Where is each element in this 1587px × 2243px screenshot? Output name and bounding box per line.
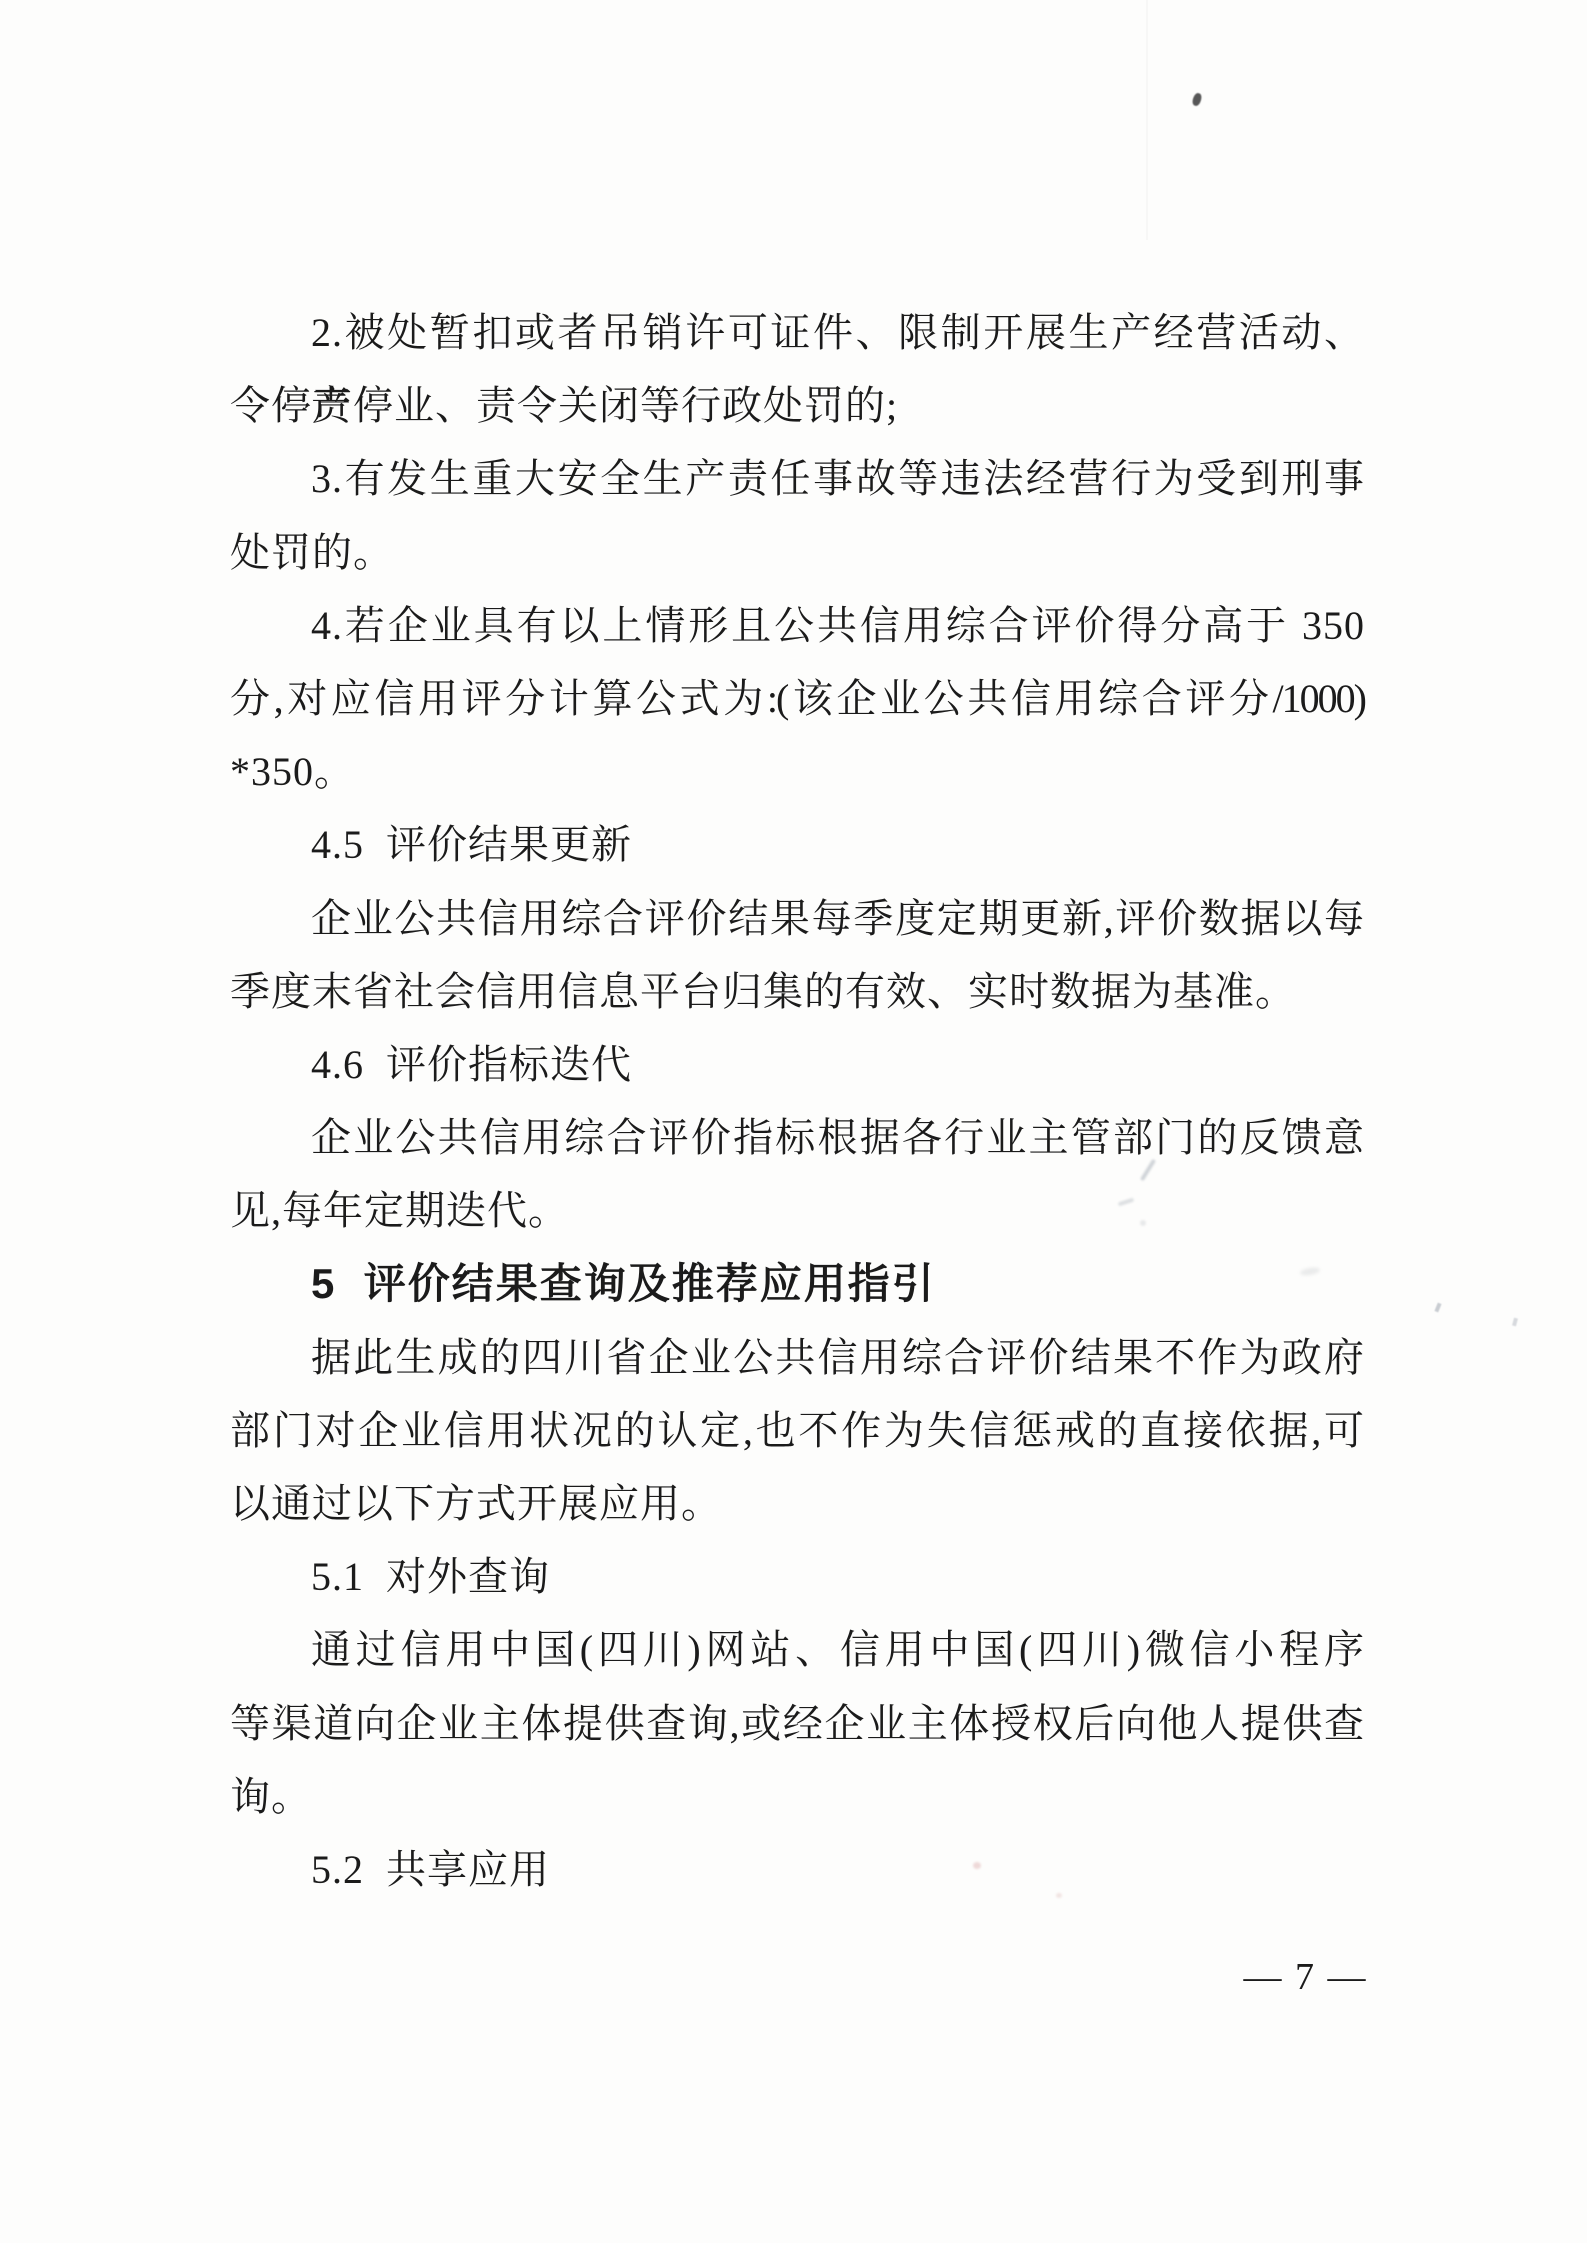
- heading-5: 5 评价结果查询及推荐应用指引: [230, 1247, 1365, 1320]
- body-line: 以通过以下方式开展应用。: [230, 1467, 1365, 1540]
- heading-5-2: 5.2 共享应用: [230, 1833, 1365, 1906]
- body-line: 3.有发生重大安全生产责任事故等违法经营行为受到刑事: [230, 442, 1365, 515]
- scan-speck: [1191, 92, 1203, 107]
- scan-fold-line: [1146, 0, 1148, 240]
- body-line: 等渠道向企业主体提供查询,或经企业主体授权后向他人提供查: [230, 1687, 1365, 1760]
- body-line: 企业公共信用综合评价结果每季度定期更新,评价数据以每: [230, 882, 1365, 955]
- body-line: 2.被处暂扣或者吊销许可证件、限制开展生产经营活动、责: [230, 296, 1365, 369]
- scan-speck: [1434, 1303, 1441, 1313]
- document-text-block: 2.被处暂扣或者吊销许可证件、限制开展生产经营活动、责 令停产停业、责令关闭等行…: [230, 296, 1365, 1906]
- body-line: 通过信用中国(四川)网站、信用中国(四川)微信小程序: [230, 1613, 1365, 1686]
- heading-4-5: 4.5 评价结果更新: [230, 808, 1365, 881]
- body-line: 部门对企业信用状况的认定,也不作为失信惩戒的直接依据,可: [230, 1394, 1365, 1467]
- page-number: — 7 —: [1233, 1950, 1378, 2004]
- body-line: 据此生成的四川省企业公共信用综合评价结果不作为政府: [230, 1321, 1365, 1394]
- body-line: 季度末省社会信用信息平台归集的有效、实时数据为基准。: [230, 955, 1365, 1028]
- body-line: 见,每年定期迭代。: [230, 1174, 1365, 1247]
- body-line: 4.若企业具有以上情形且公共信用综合评价得分高于 350: [230, 589, 1365, 662]
- body-line: 企业公共信用综合评价指标根据各行业主管部门的反馈意: [230, 1101, 1365, 1174]
- body-line: 分,对应信用评分计算公式为:(该企业公共信用综合评分/1000): [230, 662, 1365, 735]
- body-line: *350。: [230, 735, 1365, 808]
- body-line: 询。: [230, 1760, 1365, 1833]
- heading-4-6: 4.6 评价指标迭代: [230, 1028, 1365, 1101]
- scan-speck: [1512, 1318, 1518, 1327]
- scanned-document-page: 2.被处暂扣或者吊销许可证件、限制开展生产经营活动、责 令停产停业、责令关闭等行…: [0, 0, 1587, 2243]
- heading-5-1: 5.1 对外查询: [230, 1540, 1365, 1613]
- body-line: 令停产停业、责令关闭等行政处罚的;: [230, 369, 1365, 442]
- body-line: 处罚的。: [230, 516, 1365, 589]
